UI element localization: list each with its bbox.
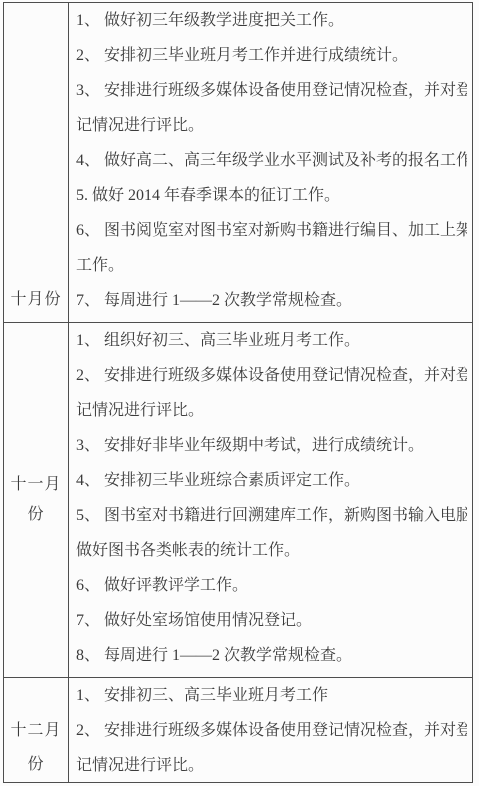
task-line: 1、 组织好初三、高三毕业班月考工作。 — [76, 323, 467, 358]
task-item: 6、 做好评教评学工作。 — [76, 568, 467, 603]
tasks-cell: 1、 做好初三年级教学进度把关工作。2、 安排初三毕业班月考工作并进行成绩统计。… — [69, 3, 472, 322]
monthly-work-plan-table: 十月份1、 做好初三年级教学进度把关工作。2、 安排初三毕业班月考工作并进行成绩… — [3, 2, 473, 783]
month-label: 十月份 — [10, 283, 61, 317]
task-item: 4、 安排初三毕业班综合素质评定工作。 — [76, 463, 467, 498]
month-cell: 十二月份 — [4, 678, 69, 782]
task-item: 5、 图书室对书籍进行回溯建库工作，新购图书输入电脑，做好图书各类帐表的统计工作… — [76, 498, 467, 568]
task-line: 2、 安排进行班级多媒体设备使用登记情况检查，并对登 — [76, 358, 467, 393]
task-item: 7、 每周进行 1——2 次教学常规检查。 — [76, 283, 467, 318]
task-item: 8、 每周进行 1——2 次教学常规检查。 — [76, 638, 467, 673]
task-item: 6、 图书阅览室对图书室对新购书籍进行编目、加工上架工作。 — [76, 213, 467, 283]
task-item: 1、 做好初三年级教学进度把关工作。 — [76, 3, 467, 38]
month-cell: 十月份 — [4, 3, 69, 322]
tasks-cell: 1、 安排初三、高三毕业班月考工作2、 安排进行班级多媒体设备使用登记情况检查，… — [69, 678, 472, 782]
month-label: 份 — [27, 500, 44, 530]
table-row: 十月份1、 做好初三年级教学进度把关工作。2、 安排初三毕业班月考工作并进行成绩… — [4, 3, 472, 323]
task-item: 2、 安排进行班级多媒体设备使用登记情况检查，并对登记情况进行评比。 — [76, 358, 467, 428]
task-line: 3、 安排好非毕业年级期中考试，进行成绩统计。 — [76, 428, 467, 463]
month-label: 份 — [27, 748, 44, 782]
task-line: 5. 做好 2014 年春季课本的征订工作。 — [76, 178, 467, 213]
task-line: 2、 安排进行班级多媒体设备使用登记情况检查，并对登 — [76, 713, 467, 748]
month-cell: 十一月份 — [4, 323, 69, 677]
task-line: 1、 安排初三、高三毕业班月考工作 — [76, 678, 467, 713]
task-item: 3、 安排好非毕业年级期中考试，进行成绩统计。 — [76, 428, 467, 463]
month-label: 十一月 — [10, 470, 61, 500]
task-line: 5、 图书室对书籍进行回溯建库工作，新购图书输入电脑， — [76, 498, 467, 533]
task-item: 5. 做好 2014 年春季课本的征订工作。 — [76, 178, 467, 213]
task-line: 6、 做好评教评学工作。 — [76, 568, 467, 603]
task-line: 3、 安排进行班级多媒体设备使用登记情况检查，并对登 — [76, 73, 467, 108]
tasks-cell: 1、 组织好初三、高三毕业班月考工作。2、 安排进行班级多媒体设备使用登记情况检… — [69, 323, 472, 677]
task-item: 2、 安排初三毕业班月考工作并进行成绩统计。 — [76, 38, 467, 73]
task-line: 2、 安排初三毕业班月考工作并进行成绩统计。 — [76, 38, 467, 73]
task-item: 1、 组织好初三、高三毕业班月考工作。 — [76, 323, 467, 358]
task-item: 4、 做好高二、高三年级学业水平测试及补考的报名工作。 — [76, 143, 467, 178]
task-line: 记情况进行评比。 — [76, 108, 467, 143]
task-line: 7、 做好处室场馆使用情况登记。 — [76, 603, 467, 638]
task-item: 3、 安排进行班级多媒体设备使用登记情况检查，并对登记情况进行评比。 — [76, 73, 467, 143]
task-line: 工作。 — [76, 248, 467, 283]
task-line: 做好图书各类帐表的统计工作。 — [76, 533, 467, 568]
task-line: 8、 每周进行 1——2 次教学常规检查。 — [76, 638, 467, 673]
task-line: 6、 图书阅览室对图书室对新购书籍进行编目、加工上架 — [76, 213, 467, 248]
task-line: 记情况进行评比。 — [76, 393, 467, 428]
task-line: 7、 每周进行 1——2 次教学常规检查。 — [76, 283, 467, 318]
task-line: 记情况进行评比。 — [76, 748, 467, 782]
task-item: 7、 做好处室场馆使用情况登记。 — [76, 603, 467, 638]
task-item: 2、 安排进行班级多媒体设备使用登记情况检查，并对登记情况进行评比。 — [76, 713, 467, 782]
task-item: 1、 安排初三、高三毕业班月考工作 — [76, 678, 467, 713]
task-line: 4、 安排初三毕业班综合素质评定工作。 — [76, 463, 467, 498]
month-label: 十二月 — [10, 714, 61, 748]
task-line: 4、 做好高二、高三年级学业水平测试及补考的报名工作。 — [76, 143, 467, 178]
table-row: 十二月份1、 安排初三、高三毕业班月考工作2、 安排进行班级多媒体设备使用登记情… — [4, 678, 472, 782]
task-line: 1、 做好初三年级教学进度把关工作。 — [76, 3, 467, 38]
table-row: 十一月份1、 组织好初三、高三毕业班月考工作。2、 安排进行班级多媒体设备使用登… — [4, 323, 472, 678]
